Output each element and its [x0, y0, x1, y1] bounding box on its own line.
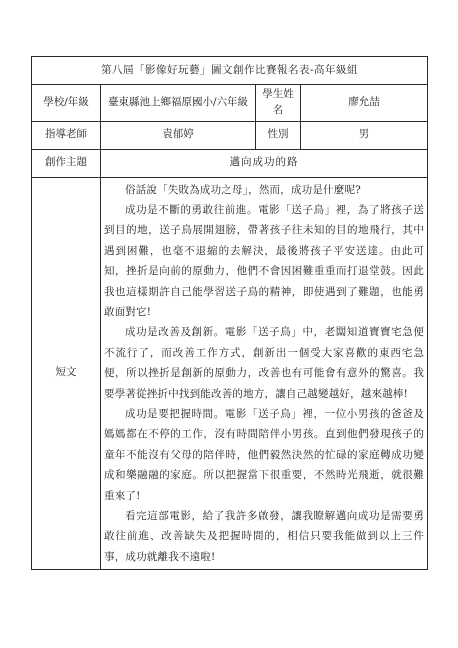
- student-name-label: 學生姓名: [256, 85, 301, 122]
- theme-row: 創作主題 邁向成功的路: [32, 149, 428, 177]
- essay-paragraph: 俗話說「失敗為成功之母」，然而，成功是什麼呢?: [104, 180, 424, 200]
- gender-label: 性別: [256, 121, 301, 149]
- essay-paragraph: 成功是要把握時間。電影「送子鳥」裡，一位小男孩的爸爸及媽媽都在不停的工作，沒有時…: [104, 404, 424, 506]
- essay-paragraph: 成功是不斷的勇敢往前進。電影「送子鳥」裡，為了將孩子送到目的地，送子鳥展開翅膀，…: [104, 200, 424, 322]
- essay-text: 俗話說「失敗為成功之母」，然而，成功是什麼呢? 成功是不斷的勇敢往前進。電影「送…: [101, 177, 428, 570]
- essay-label: 短文: [32, 177, 101, 570]
- school-grade-value: 臺東縣池上鄉福原國小/六年級: [101, 85, 256, 122]
- theme-label: 創作主題: [32, 149, 101, 177]
- essay-paragraph: 看完這部電影，給了我許多啟發，讓我瞭解邁向成功是需要勇敢往前進、改善缺失及把握時…: [104, 506, 424, 567]
- student-name-value: 廖允喆: [301, 85, 428, 122]
- scanned-form-page: 第八屆「影像好玩藝」圖文創作比賽報名表-高年級組 學校/年級 臺東縣池上鄉福原國…: [0, 0, 458, 648]
- registration-form-table: 第八屆「影像好玩藝」圖文創作比賽報名表-高年級組 學校/年級 臺東縣池上鄉福原國…: [31, 56, 428, 570]
- gender-value: 男: [301, 121, 428, 149]
- essay-paragraph: 成功是改善及創新。電影「送子鳥」中，老闆知道寶寶宅急便不流行了，而改善工作方式，…: [104, 322, 424, 404]
- school-student-row: 學校/年級 臺東縣池上鄉福原國小/六年級 學生姓名 廖允喆: [32, 85, 428, 122]
- essay-row: 短文 俗話說「失敗為成功之母」，然而，成功是什麼呢? 成功是不斷的勇敢往前進。電…: [32, 177, 428, 570]
- teacher-gender-row: 指導老師 袁郁婷 性別 男: [32, 121, 428, 149]
- school-grade-label: 學校/年級: [32, 85, 101, 122]
- theme-value: 邁向成功的路: [101, 149, 428, 177]
- teacher-label: 指導老師: [32, 121, 101, 149]
- form-title: 第八屆「影像好玩藝」圖文創作比賽報名表-高年級組: [32, 57, 428, 85]
- title-row: 第八屆「影像好玩藝」圖文創作比賽報名表-高年級組: [32, 57, 428, 85]
- teacher-value: 袁郁婷: [101, 121, 256, 149]
